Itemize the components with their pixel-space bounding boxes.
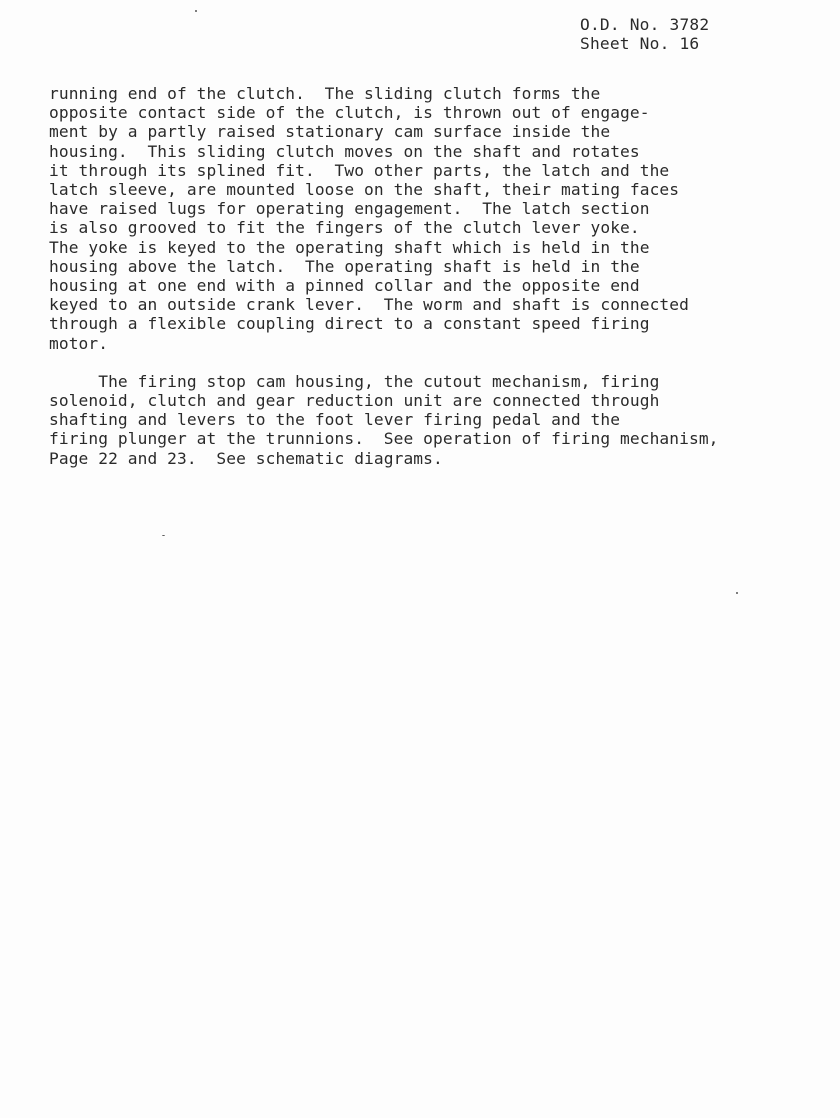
paper-speck <box>162 535 165 536</box>
od-number: O.D. No. 3782 <box>580 15 709 34</box>
text-line: is also grooved to fit the fingers of th… <box>49 218 839 237</box>
paper-speck <box>736 592 738 594</box>
text-line: ment by a partly raised stationary cam s… <box>49 122 839 141</box>
body-text: running end of the clutch. The sliding c… <box>49 84 839 468</box>
text-line: opposite contact side of the clutch, is … <box>49 103 839 122</box>
text-line: through a flexible coupling direct to a … <box>49 314 839 333</box>
text-line: The yoke is keyed to the operating shaft… <box>49 238 839 257</box>
text-line: firing plunger at the trunnions. See ope… <box>49 429 839 448</box>
document-page: O.D. No. 3782 Sheet No. 16 running end o… <box>0 0 840 1118</box>
text-line: shafting and levers to the foot lever fi… <box>49 410 839 429</box>
text-line: it through its splined fit. Two other pa… <box>49 161 839 180</box>
text-line: latch sleeve, are mounted loose on the s… <box>49 180 839 199</box>
paper-speck <box>195 10 197 12</box>
text-line: The firing stop cam housing, the cutout … <box>49 372 839 391</box>
sheet-number: Sheet No. 16 <box>580 34 699 53</box>
paragraph-clutch-description: running end of the clutch. The sliding c… <box>49 84 839 353</box>
text-line: running end of the clutch. The sliding c… <box>49 84 839 103</box>
text-line: housing above the latch. The operating s… <box>49 257 839 276</box>
text-line: have raised lugs for operating engagemen… <box>49 199 839 218</box>
text-line: housing at one end with a pinned collar … <box>49 276 839 295</box>
text-line: housing. This sliding clutch moves on th… <box>49 142 839 161</box>
paragraph-firing-mechanism: The firing stop cam housing, the cutout … <box>49 372 839 468</box>
text-line: keyed to an outside crank lever. The wor… <box>49 295 839 314</box>
text-line: motor. <box>49 334 839 353</box>
text-line: Page 22 and 23. See schematic diagrams. <box>49 449 839 468</box>
sheet-header: O.D. No. 3782 Sheet No. 16 <box>580 15 709 53</box>
text-line: solenoid, clutch and gear reduction unit… <box>49 391 839 410</box>
